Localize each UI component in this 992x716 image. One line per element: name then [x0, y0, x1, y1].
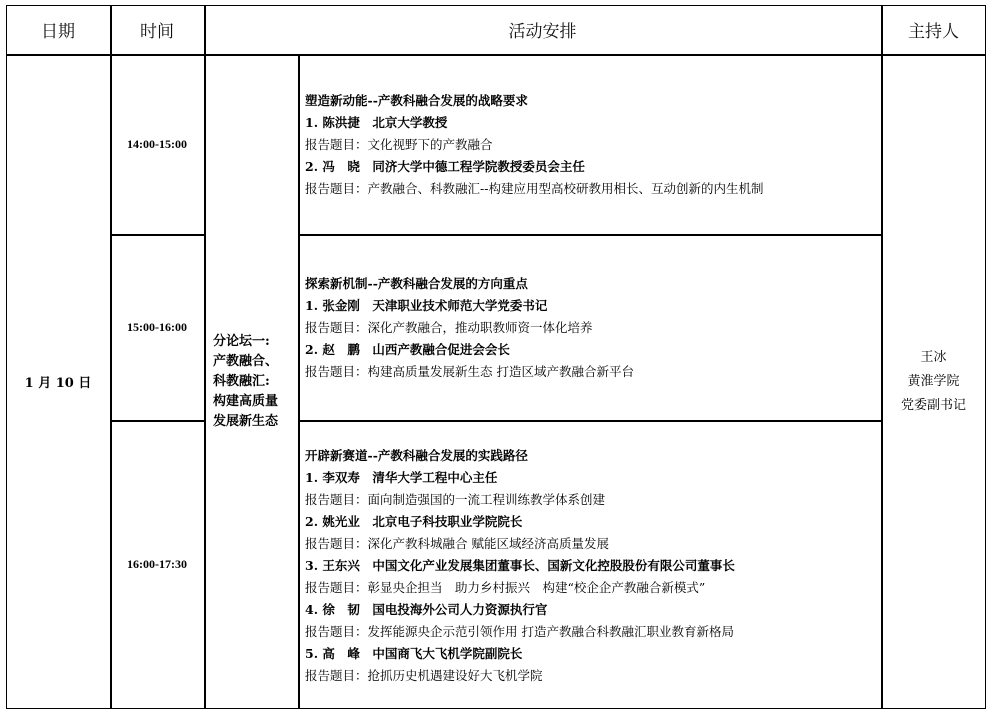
- report-topic: 报告题目：产教融合、科教融汇--构建应用型高校研教用相长、互动创新的内生机制: [305, 178, 763, 200]
- forum-line: 科教融汇:: [213, 372, 270, 392]
- time-cell-1: 14:00-15:00: [110, 54, 204, 234]
- forum-line: 分论坛一:: [213, 332, 270, 352]
- report-topic: 报告题目：发挥能源央企示范引领作用 打造产教融合科教融汇职业教育新格局: [305, 621, 735, 643]
- report-topic: 报告题目：彰显央企担当 助力乡村振兴 构建“校企企产教融合新模式”: [305, 577, 735, 599]
- speaker: 4. 徐 韧 国电投海外公司人力资源执行官: [305, 599, 735, 621]
- header-host: 主持人: [881, 5, 986, 54]
- date-cell: 1 月 10 日: [6, 54, 110, 709]
- speaker: 2. 姚光业 北京电子科技职业学院院长: [305, 511, 735, 533]
- report-topic: 报告题目：深化产教科城融合 赋能区域经济高质量发展: [305, 533, 735, 555]
- report-topic: 报告题目：构建高质量发展新生态 打造区域产教融合新平台: [305, 361, 634, 383]
- col-divider-forum-content: [298, 54, 300, 709]
- session-block-2: 探索新机制--产教科融合发展的方向重点 1. 张金刚 天津职业技术师范大学党委书…: [305, 273, 634, 383]
- session-block-3: 开辟新赛道--产教科融合发展的实践路径 1. 李双寿 清华大学工程中心主任 报告…: [305, 445, 735, 687]
- session-theme: 开辟新赛道--产教科融合发展的实践路径: [305, 445, 735, 467]
- header-date: 日期: [6, 5, 110, 54]
- session-block-1: 塑造新动能--产教科融合发展的战略要求 1. 陈洪捷 北京大学教授 报告题目：文…: [305, 90, 763, 200]
- host-title: 党委副书记: [901, 394, 966, 418]
- speaker: 2. 冯 晓 同济大学中德工程学院教授委员会主任: [305, 156, 763, 178]
- session-theme: 探索新机制--产教科融合发展的方向重点: [305, 273, 634, 295]
- session-theme: 塑造新动能--产教科融合发展的战略要求: [305, 90, 763, 112]
- row-divider-2b: [298, 420, 882, 422]
- speaker: 1. 李双寿 清华大学工程中心主任: [305, 467, 735, 489]
- report-topic: 报告题目：深化产教融合，推动职教师资一体化培养: [305, 317, 634, 339]
- forum-line: 构建高质量: [213, 392, 278, 412]
- host-cell: 王冰 黄淮学院 党委副书记: [881, 54, 986, 709]
- speaker: 2. 赵 鹏 山西产教融合促进会会长: [305, 339, 634, 361]
- host-org: 黄淮学院: [907, 370, 959, 394]
- header-time: 时间: [110, 5, 204, 54]
- report-topic: 报告题目：文化视野下的产教融合: [305, 134, 763, 156]
- speaker: 5. 高 峰 中国商飞大飞机学院副院长: [305, 643, 735, 665]
- report-topic: 报告题目：面向制造强国的一流工程训练教学体系创建: [305, 489, 735, 511]
- speaker: 3. 王东兴 中国文化产业发展集团董事长、国新文化控股股份有限公司董事长: [305, 555, 735, 577]
- header-agenda: 活动安排: [204, 5, 881, 54]
- forum-line: 发展新生态: [213, 412, 278, 432]
- host-name: 王冰: [920, 346, 946, 370]
- row-divider-1b: [298, 234, 882, 236]
- forum-title: 分论坛一: 产教融合、 科教融汇: 构建高质量 发展新生态: [204, 54, 298, 709]
- speaker: 1. 陈洪捷 北京大学教授: [305, 112, 763, 134]
- speaker: 1. 张金刚 天津职业技术师范大学党委书记: [305, 295, 634, 317]
- time-cell-2: 15:00-16:00: [110, 234, 204, 420]
- time-cell-3: 16:00-17:30: [110, 420, 204, 709]
- report-topic: 报告题目：抢抓历史机遇建设好大飞机学院: [305, 665, 735, 687]
- forum-line: 产教融合、: [213, 352, 278, 372]
